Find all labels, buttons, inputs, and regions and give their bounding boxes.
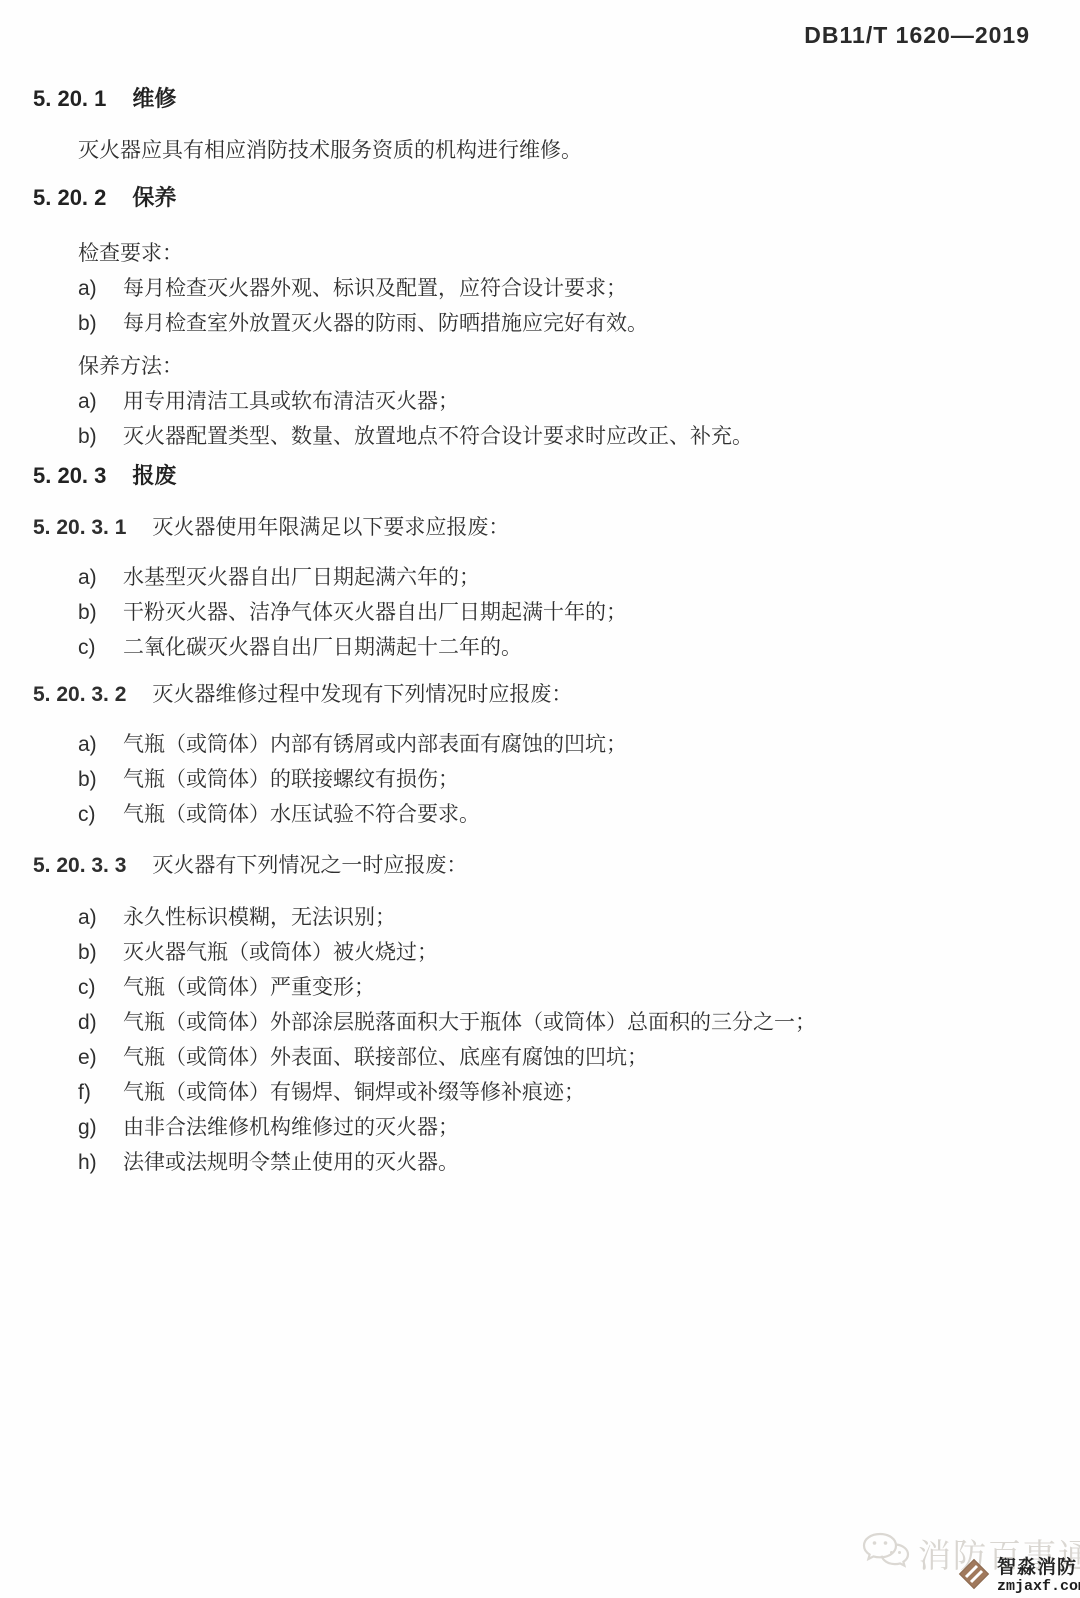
clause-lead: 灭火器使用年限满足以下要求应报废： bbox=[152, 514, 509, 542]
paragraph-repair: 灭火器应具有相应消防技术服务资质的机构进行维修。 bbox=[78, 133, 1025, 168]
list-text: 由非合法维修机构维修过的灭火器； bbox=[123, 1110, 1025, 1145]
list-text: 永久性标识模糊，无法识别； bbox=[123, 900, 1025, 935]
clause-number: 5. 20. 3. 2 bbox=[33, 681, 126, 709]
list-item: b) 干粉灭火器、洁净气体灭火器自出厂日期起满十年的； bbox=[78, 595, 1025, 630]
list-marker: c) bbox=[78, 630, 123, 665]
section-heading-5-20-1: 5. 20. 1 维修 bbox=[33, 85, 1025, 113]
group-label-care: 保养方法： bbox=[78, 349, 1025, 384]
list-marker: a) bbox=[78, 560, 123, 595]
section-title: 报废 bbox=[132, 462, 176, 490]
doc-number: DB11/T 1620—2019 bbox=[0, 0, 1080, 49]
list-item: b) 每月检查室外放置灭火器的防雨、防晒措施应完好有效。 bbox=[78, 306, 1025, 341]
list-item: h) 法律或法规明令禁止使用的灭火器。 bbox=[78, 1145, 1025, 1180]
clause-lead: 灭火器维修过程中发现有下列情况时应报废： bbox=[152, 681, 572, 709]
brand-badge: 智淼消防 zmjaxf.com bbox=[958, 1558, 1080, 1595]
list-item: a) 每月检查灭火器外观、标识及配置，应符合设计要求； bbox=[78, 271, 1025, 306]
clause-lead: 灭火器有下列情况之一时应报废： bbox=[152, 852, 467, 880]
chat-bubbles-icon bbox=[858, 1530, 912, 1577]
list-item: c) 气瓶（或筒体）严重变形； bbox=[78, 970, 1025, 1005]
document-page: DB11/T 1620—2019 5. 20. 1 维修 灭火器应具有相应消防技… bbox=[0, 0, 1080, 1598]
list-marker: b) bbox=[78, 762, 123, 797]
list-marker: b) bbox=[78, 306, 123, 341]
clause-number: 5. 20. 3. 1 bbox=[33, 514, 126, 542]
list-text: 法律或法规明令禁止使用的灭火器。 bbox=[123, 1145, 1025, 1180]
list-item: a) 永久性标识模糊，无法识别； bbox=[78, 900, 1025, 935]
list-marker: a) bbox=[78, 271, 123, 306]
list-marker: d) bbox=[78, 1005, 123, 1040]
list-marker: a) bbox=[78, 384, 123, 419]
list-item: b) 气瓶（或筒体）的联接螺纹有损伤； bbox=[78, 762, 1025, 797]
list-item: f) 气瓶（或筒体）有锡焊、铜焊或补缀等修补痕迹； bbox=[78, 1075, 1025, 1110]
section-number: 5. 20. 3 bbox=[33, 462, 106, 490]
list-text: 每月检查室外放置灭火器的防雨、防晒措施应完好有效。 bbox=[123, 306, 1025, 341]
list-marker: b) bbox=[78, 595, 123, 630]
list-item: b) 灭火器配置类型、数量、放置地点不符合设计要求时应改正、补充。 bbox=[78, 419, 1025, 454]
list-marker: g) bbox=[78, 1110, 123, 1145]
list-text: 灭火器气瓶（或筒体）被火烧过； bbox=[123, 935, 1025, 970]
list-marker: e) bbox=[78, 1040, 123, 1075]
list-marker: a) bbox=[78, 900, 123, 935]
list-item: a) 气瓶（或筒体）内部有锈屑或内部表面有腐蚀的凹坑； bbox=[78, 727, 1025, 762]
list-text: 用专用清洁工具或软布清洁灭火器； bbox=[123, 384, 1025, 419]
list-text: 二氧化碳灭火器自出厂日期满起十二年的。 bbox=[123, 630, 1025, 665]
list-text: 气瓶（或筒体）的联接螺纹有损伤； bbox=[123, 762, 1025, 797]
list-item: d) 气瓶（或筒体）外部涂层脱落面积大于瓶体（或筒体）总面积的三分之一； bbox=[78, 1005, 1025, 1040]
list-marker: c) bbox=[78, 970, 123, 1005]
group-label-check: 检查要求： bbox=[78, 236, 1025, 271]
section-heading-5-20-2: 5. 20. 2 保养 bbox=[33, 184, 1025, 212]
list-item: g) 由非合法维修机构维修过的灭火器； bbox=[78, 1110, 1025, 1145]
clause-heading-5-20-3-3: 5. 20. 3. 3 灭火器有下列情况之一时应报废： bbox=[33, 852, 1025, 880]
list-item: c) 气瓶（或筒体）水压试验不符合要求。 bbox=[78, 797, 1025, 832]
clause-heading-5-20-3-1: 5. 20. 3. 1 灭火器使用年限满足以下要求应报废： bbox=[33, 514, 1025, 542]
list-scrap-conditions: a) 永久性标识模糊，无法识别； b) 灭火器气瓶（或筒体）被火烧过； c) 气… bbox=[78, 900, 1025, 1180]
list-item: c) 二氧化碳灭火器自出厂日期满起十二年的。 bbox=[78, 630, 1025, 665]
document-content: 5. 20. 1 维修 灭火器应具有相应消防技术服务资质的机构进行维修。 5. … bbox=[0, 85, 1080, 1180]
section-title: 维修 bbox=[132, 85, 176, 113]
list-marker: a) bbox=[78, 727, 123, 762]
list-scrap-age: a) 水基型灭火器自出厂日期起满六年的； b) 干粉灭火器、洁净气体灭火器自出厂… bbox=[78, 560, 1025, 665]
list-text: 气瓶（或筒体）严重变形； bbox=[123, 970, 1025, 1005]
list-marker: h) bbox=[78, 1145, 123, 1180]
list-marker: c) bbox=[78, 797, 123, 832]
list-text: 水基型灭火器自出厂日期起满六年的； bbox=[123, 560, 1025, 595]
list-check-items: a) 每月检查灭火器外观、标识及配置，应符合设计要求； b) 每月检查室外放置灭… bbox=[78, 271, 1025, 341]
list-scrap-repair: a) 气瓶（或筒体）内部有锈屑或内部表面有腐蚀的凹坑； b) 气瓶（或筒体）的联… bbox=[78, 727, 1025, 832]
list-item: b) 灭火器气瓶（或筒体）被火烧过； bbox=[78, 935, 1025, 970]
list-item: a) 水基型灭火器自出厂日期起满六年的； bbox=[78, 560, 1025, 595]
list-item: a) 用专用清洁工具或软布清洁灭火器； bbox=[78, 384, 1025, 419]
list-text: 干粉灭火器、洁净气体灭火器自出厂日期起满十年的； bbox=[123, 595, 1025, 630]
section-heading-5-20-3: 5. 20. 3 报废 bbox=[33, 462, 1025, 490]
list-text: 气瓶（或筒体）有锡焊、铜焊或补缀等修补痕迹； bbox=[123, 1075, 1025, 1110]
list-item: e) 气瓶（或筒体）外表面、联接部位、底座有腐蚀的凹坑； bbox=[78, 1040, 1025, 1075]
list-marker: b) bbox=[78, 419, 123, 454]
clause-number: 5. 20. 3. 3 bbox=[33, 852, 126, 880]
section-number: 5. 20. 1 bbox=[33, 85, 106, 113]
list-marker: f) bbox=[78, 1075, 123, 1110]
clause-heading-5-20-3-2: 5. 20. 3. 2 灭火器维修过程中发现有下列情况时应报废： bbox=[33, 681, 1025, 709]
list-text: 气瓶（或筒体）外表面、联接部位、底座有腐蚀的凹坑； bbox=[123, 1040, 1025, 1075]
list-marker: b) bbox=[78, 935, 123, 970]
list-text: 气瓶（或筒体）水压试验不符合要求。 bbox=[123, 797, 1025, 832]
section-number: 5. 20. 2 bbox=[33, 184, 106, 212]
brand-name: 智淼消防 bbox=[997, 1558, 1080, 1578]
list-text: 气瓶（或筒体）外部涂层脱落面积大于瓶体（或筒体）总面积的三分之一； bbox=[123, 1005, 1025, 1040]
zhimiao-diamond-logo-icon bbox=[958, 1558, 990, 1595]
brand-site-url: zmjaxf.com bbox=[997, 1578, 1080, 1595]
list-text: 气瓶（或筒体）内部有锈屑或内部表面有腐蚀的凹坑； bbox=[123, 727, 1025, 762]
section-title: 保养 bbox=[132, 184, 176, 212]
list-care-items: a) 用专用清洁工具或软布清洁灭火器； b) 灭火器配置类型、数量、放置地点不符… bbox=[78, 384, 1025, 454]
list-text: 灭火器配置类型、数量、放置地点不符合设计要求时应改正、补充。 bbox=[123, 419, 1025, 454]
brand-text-column: 智淼消防 zmjaxf.com bbox=[997, 1558, 1080, 1595]
list-text: 每月检查灭火器外观、标识及配置，应符合设计要求； bbox=[123, 271, 1025, 306]
